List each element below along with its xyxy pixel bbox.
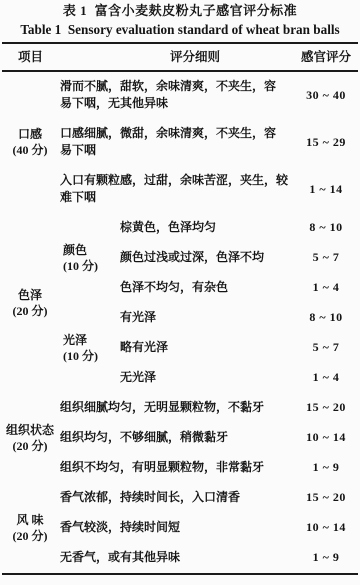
group-cell-label: 组织状态 — [2, 422, 58, 438]
table-caption-en: Table 1 Sensory evaluation standard of w… — [0, 21, 360, 38]
criteria-cell: 滑而不腻，甜软，余味清爽，不夹生，容 易下咽，无其他异味 — [58, 71, 294, 119]
group-cell: 口感(40 分) — [2, 71, 58, 213]
criteria-cell: 有光泽 — [118, 303, 294, 333]
subgroup-cell: 颜色(10 分) — [58, 213, 118, 303]
criteria-cell: 略有光泽 — [118, 333, 294, 363]
score-cell: 5 ~ 7 — [294, 333, 358, 363]
criteria-cell: 棕黄色，色泽均匀 — [118, 213, 294, 243]
score-cell: 15 ~ 20 — [294, 393, 358, 423]
score-cell: 5 ~ 7 — [294, 243, 358, 273]
group-cell: 组织状态(20 分) — [2, 393, 58, 483]
group-cell: 色泽(20 分) — [2, 213, 58, 393]
score-cell: 10 ~ 14 — [294, 513, 358, 543]
score-cell: 1 ~ 9 — [294, 543, 358, 574]
column-header-item: 项目 — [2, 43, 118, 71]
column-header-score: 感官评分 — [294, 43, 358, 71]
criteria-cell: 入口有颗粒感，过甜，余味苦涩，夹生，较 难下咽 — [58, 166, 294, 213]
sensory-evaluation-table: 项目 评分细则 感官评分 口感(40 分)滑而不腻，甜软，余味清爽，不夹生，容 … — [2, 42, 358, 575]
criteria-cell: 颜色过浅或过深，色泽不均 — [118, 243, 294, 273]
criteria-cell: 色泽不均匀，有杂色 — [118, 273, 294, 303]
score-cell: 1 ~ 4 — [294, 273, 358, 303]
header-row: 项目 评分细则 感官评分 — [2, 43, 358, 71]
group-cell-label: 口感 — [2, 126, 58, 142]
criteria-cell: 无香气，或有其他异味 — [58, 543, 294, 574]
table-body: 口感(40 分)滑而不腻，甜软，余味清爽，不夹生，容 易下咽，无其他异味30 ~… — [2, 71, 358, 574]
subgroup-cell-points: (10 分) — [63, 258, 118, 274]
score-cell: 30 ~ 40 — [294, 71, 358, 119]
subgroup-cell-label: 颜色 — [63, 242, 118, 258]
criteria-cell: 无光泽 — [118, 363, 294, 393]
score-cell: 15 ~ 29 — [294, 119, 358, 166]
score-cell: 8 ~ 10 — [294, 213, 358, 243]
criteria-cell: 组织不均匀，有明显颗粒物，非常黏牙 — [58, 453, 294, 483]
group-cell-points: (20 分) — [2, 528, 58, 544]
score-cell: 1 ~ 14 — [294, 166, 358, 213]
criteria-cell: 组织细腻均匀，无明显颗粒物，不黏牙 — [58, 393, 294, 423]
score-cell: 1 ~ 9 — [294, 453, 358, 483]
subgroup-cell: 光泽(10 分) — [58, 303, 118, 393]
score-cell: 1 ~ 4 — [294, 363, 358, 393]
table-row: 组织状态(20 分)组织细腻均匀，无明显颗粒物，不黏牙15 ~ 20 — [2, 393, 358, 423]
criteria-cell: 香气较淡，持续时间短 — [58, 513, 294, 543]
group-cell-label: 风 味 — [2, 512, 58, 528]
group-cell: 风 味(20 分) — [2, 483, 58, 574]
subgroup-cell-label: 光泽 — [63, 332, 118, 348]
column-header-criteria: 评分细则 — [118, 43, 294, 71]
table-header: 项目 评分细则 感官评分 — [2, 43, 358, 71]
score-cell: 15 ~ 20 — [294, 483, 358, 513]
table-row: 风 味(20 分)香气浓郁，持续时间长，入口清香15 ~ 20 — [2, 483, 358, 513]
criteria-cell: 口感细腻，微甜，余味清爽，不夹生，容 易下咽 — [58, 119, 294, 166]
group-cell-points: (20 分) — [2, 438, 58, 454]
table-caption-zh: 表 1 富含小麦麸皮粉丸子感官评分标准 — [0, 0, 360, 19]
table-row: 口感(40 分)滑而不腻，甜软，余味清爽，不夹生，容 易下咽，无其他异味30 ~… — [2, 71, 358, 119]
group-cell-points: (20 分) — [2, 303, 58, 319]
criteria-cell: 香气浓郁，持续时间长，入口清香 — [58, 483, 294, 513]
score-cell: 10 ~ 14 — [294, 423, 358, 453]
subgroup-cell-points: (10 分) — [63, 348, 118, 364]
score-cell: 8 ~ 10 — [294, 303, 358, 333]
group-cell-label: 色泽 — [2, 287, 58, 303]
group-cell-points: (40 分) — [2, 142, 58, 158]
criteria-cell: 组织均匀，不够细腻，稍微黏牙 — [58, 423, 294, 453]
table-row: 色泽(20 分)颜色(10 分)棕黄色，色泽均匀8 ~ 10 — [2, 213, 358, 243]
